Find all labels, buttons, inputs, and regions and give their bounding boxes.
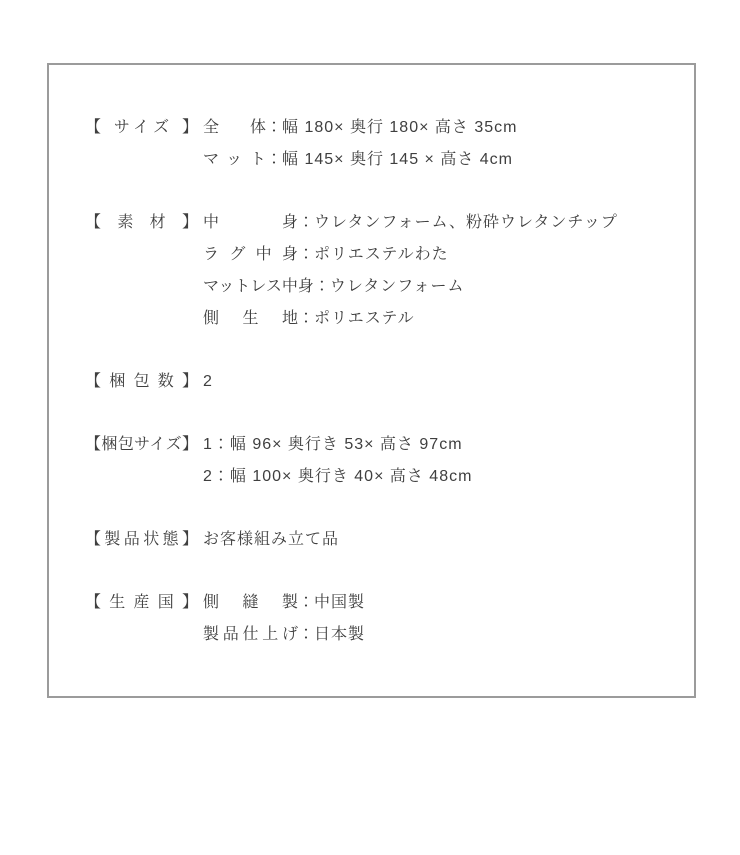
spec-row: お客様組み立て品 [203, 524, 686, 556]
spec-value: ポリエステルわた [314, 246, 449, 263]
spec-value: 幅 145× 奥行 145 × 高さ 4cm [282, 151, 513, 168]
spec-section-size: 【 サイズ 】 全 体：幅 180× 奥行 180× 高さ 35cm マット：幅… [85, 112, 686, 176]
spec-separator: ： [298, 246, 314, 263]
product-spec-panel: 【 サイズ 】 全 体：幅 180× 奥行 180× 高さ 35cm マット：幅… [47, 63, 696, 698]
spec-row: 側 生 地：ポリエステル [203, 303, 686, 335]
spec-key: ラ グ 中 身 [203, 239, 298, 271]
spec-value: 日本製 [314, 626, 365, 643]
spec-key: 側 縫 製 [203, 587, 298, 619]
spec-key: 製品仕上げ [203, 619, 298, 651]
spec-key: 全 体 [203, 112, 266, 144]
spec-value: ウレタンフォーム [330, 278, 465, 295]
spec-separator: ： [266, 151, 282, 168]
spec-section-package-count: 【 梱 包 数 】 2 [85, 366, 686, 398]
spec-section-country: 【 生 産 国 】 側 縫 製：中国製 製品仕上げ：日本製 [85, 587, 686, 651]
spec-separator: ： [266, 119, 282, 136]
spec-row: ラ グ 中 身：ポリエステルわた [203, 239, 686, 271]
spec-value: 1：幅 96× 奥行き 53× 高さ 97cm [203, 436, 463, 453]
spec-row: 側 縫 製：中国製 [203, 587, 686, 619]
spec-key: マットレス中身 [203, 271, 314, 303]
spec-rows: 2 [203, 366, 686, 398]
spec-row: 全 体：幅 180× 奥行 180× 高さ 35cm [203, 112, 686, 144]
spec-rows: 全 体：幅 180× 奥行 180× 高さ 35cm マット：幅 145× 奥行… [203, 112, 686, 176]
spec-row: 製品仕上げ：日本製 [203, 619, 686, 651]
spec-row: 1：幅 96× 奥行き 53× 高さ 97cm [203, 429, 686, 461]
spec-key: マット [203, 144, 266, 176]
spec-rows: 中 身：ウレタンフォーム、粉砕ウレタンチップ ラ グ 中 身：ポリエステルわた … [203, 207, 686, 335]
spec-row: 2 [203, 366, 686, 398]
spec-section-material: 【 素 材 】 中 身：ウレタンフォーム、粉砕ウレタンチップ ラ グ 中 身：ポ… [85, 207, 686, 335]
spec-separator: ： [298, 626, 314, 643]
spec-rows: お客様組み立て品 [203, 524, 686, 556]
spec-section-label: 【 梱 包 数 】 [85, 366, 198, 398]
spec-value: ウレタンフォーム、粉砕ウレタンチップ [314, 214, 618, 231]
spec-value: 2：幅 100× 奥行き 40× 高さ 48cm [203, 468, 472, 485]
spec-row: 中 身：ウレタンフォーム、粉砕ウレタンチップ [203, 207, 686, 239]
spec-key: 側 生 地 [203, 303, 298, 335]
spec-section-label: 【 素 材 】 [85, 207, 198, 239]
spec-value: ポリエステル [314, 310, 415, 327]
spec-section-product-state: 【製品状態】 お客様組み立て品 [85, 524, 686, 556]
spec-row: マットレス中身：ウレタンフォーム [203, 271, 686, 303]
spec-value: 幅 180× 奥行 180× 高さ 35cm [282, 119, 517, 136]
spec-rows: 1：幅 96× 奥行き 53× 高さ 97cm 2：幅 100× 奥行き 40×… [203, 429, 686, 493]
spec-separator: ： [298, 214, 314, 231]
spec-value: お客様組み立て品 [203, 531, 339, 548]
spec-separator: ： [298, 594, 314, 611]
product-spec-page: 【 サイズ 】 全 体：幅 180× 奥行 180× 高さ 35cm マット：幅… [0, 0, 740, 855]
spec-section-label: 【 生 産 国 】 [85, 587, 198, 619]
spec-key: 中 身 [203, 207, 298, 239]
spec-row: マット：幅 145× 奥行 145 × 高さ 4cm [203, 144, 686, 176]
spec-section-label: 【製品状態】 [85, 524, 198, 556]
spec-section-package-size: 【梱包サイズ】 1：幅 96× 奥行き 53× 高さ 97cm 2：幅 100×… [85, 429, 686, 493]
spec-section-label: 【梱包サイズ】 [85, 429, 198, 461]
spec-separator: ： [314, 278, 330, 295]
spec-value: 中国製 [314, 594, 365, 611]
spec-rows: 側 縫 製：中国製 製品仕上げ：日本製 [203, 587, 686, 651]
spec-separator: ： [298, 310, 314, 327]
spec-row: 2：幅 100× 奥行き 40× 高さ 48cm [203, 461, 686, 493]
spec-section-label: 【 サイズ 】 [85, 112, 198, 144]
spec-value: 2 [203, 373, 213, 390]
